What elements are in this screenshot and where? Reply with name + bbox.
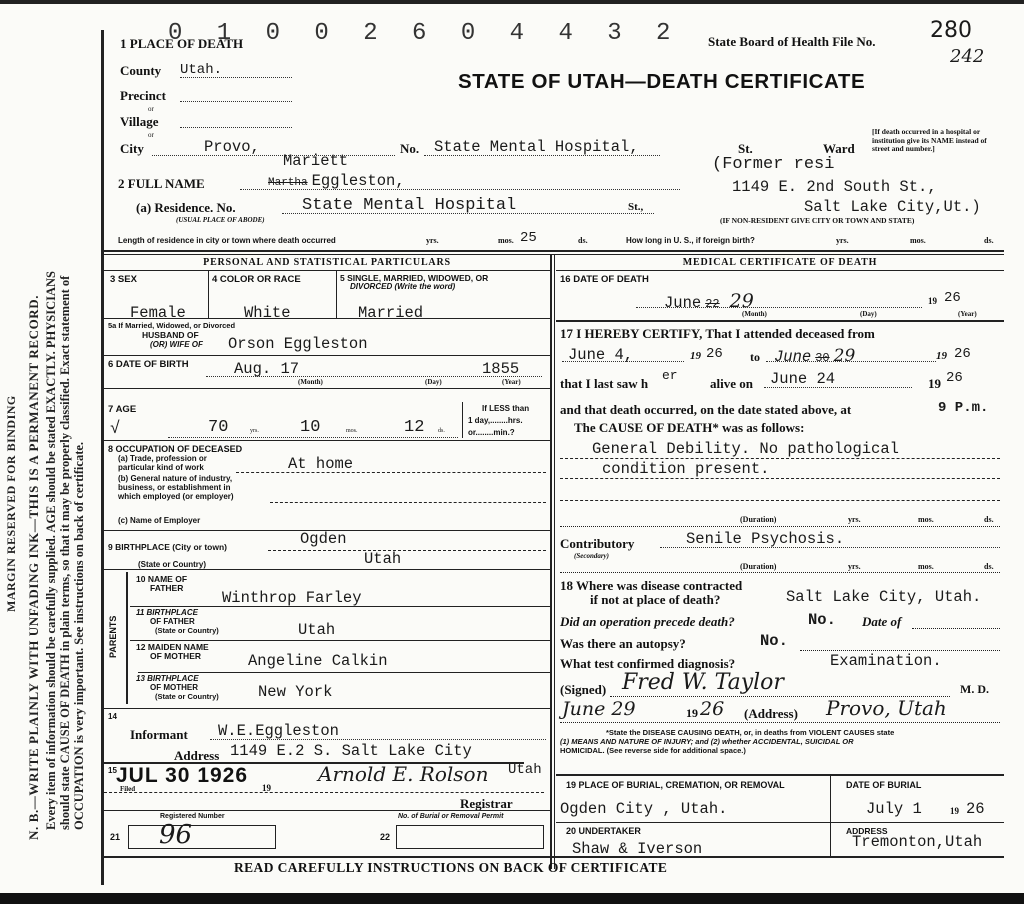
birthplace-state: Utah xyxy=(364,550,401,568)
date-of-death-label: 16 DATE OF DEATH xyxy=(560,274,649,285)
medical-section-title: MEDICAL CERTIFICATE OF DEATH xyxy=(556,257,1004,268)
burial-date-label: DATE OF BURIAL xyxy=(846,780,921,790)
disease-contracted-place: Salt Lake City, Utah. xyxy=(786,588,981,606)
residence-months: 25 xyxy=(520,230,537,246)
occupation-value: At home xyxy=(288,455,353,473)
contributory-field: Senile Psychosis. xyxy=(660,530,1000,548)
burial-year: 26 xyxy=(966,800,985,818)
residence-field: State Mental Hospital xyxy=(282,196,654,214)
signed-label: (Signed) xyxy=(560,682,606,698)
certify-statement: 17 I HEREBY CERTIFY, That I attended dec… xyxy=(560,326,875,342)
city-field: Provo, xyxy=(152,138,395,156)
cause-of-death-label: The CAUSE OF DEATH* was as follows: xyxy=(574,420,804,436)
race-value: White xyxy=(244,304,291,322)
precinct-field xyxy=(180,88,292,102)
form-left-border xyxy=(101,30,104,885)
nonresident-note: (IF NON-RESIDENT GIVE CITY OR TOWN AND S… xyxy=(720,216,914,225)
scan-edge-bottom xyxy=(0,893,1024,904)
death-certificate: MARGIN RESERVED FOR BINDING N. B.—WRITE … xyxy=(0,0,1024,904)
age-label: 7 AGE xyxy=(108,404,136,415)
registrar-signature: Arnold E. Rolson xyxy=(318,762,488,786)
burial-place-label: 19 PLACE OF BURIAL, CREMATION, OR REMOVA… xyxy=(566,780,785,790)
dob-label: 6 DATE OF BIRTH xyxy=(108,359,189,370)
informant-address-state: Utah xyxy=(508,762,542,778)
county-field: Utah. xyxy=(180,60,292,78)
county-label: County xyxy=(120,63,161,79)
margin-instruction-3: should state CAUSE OF DEATH in plain ter… xyxy=(58,276,73,830)
residence-label: (a) Residence. No. xyxy=(136,200,236,216)
street-number-label: No. xyxy=(400,141,419,157)
column-divider xyxy=(550,254,552,869)
precinct-label: Precinct xyxy=(120,88,166,104)
mother-name: Angeline Calkin xyxy=(248,652,388,670)
ward-instruction: [If death occurred in a hospital or inst… xyxy=(872,128,1004,154)
file-number: 280 xyxy=(930,18,972,43)
cause-of-death-primary-cont: condition present. xyxy=(602,460,769,478)
informant-field: W.E.Eggleston xyxy=(210,722,546,740)
diagnosis-test-value: Examination. xyxy=(830,652,942,670)
undertaker-label: 20 UNDERTAKER xyxy=(566,826,641,836)
cause-footnote-1: *State the DISEASE CAUSING DEATH, or, in… xyxy=(606,728,894,737)
scan-edge-top xyxy=(0,0,1024,4)
attended-from-field: June 4, xyxy=(562,346,684,362)
contributory-label: Contributory xyxy=(560,536,634,552)
binding-margin-note: MARGIN RESERVED FOR BINDING xyxy=(4,395,19,612)
name-correction: Mariett xyxy=(283,152,348,170)
city-label: City xyxy=(120,141,144,157)
operation-label: Did an operation precede death? xyxy=(560,614,735,630)
cause-footnote-3: HOMICIDAL. (See reverse side for additio… xyxy=(560,746,746,755)
last-saw-pronoun: er xyxy=(662,368,678,383)
autopsy-label: Was there an autopsy? xyxy=(560,636,686,652)
back-instructions-note: READ CAREFULLY INSTRUCTIONS ON BACK OF C… xyxy=(234,860,667,876)
date-of-death-field: June 22 29 xyxy=(636,290,922,308)
village-field xyxy=(180,114,292,128)
former-residence-address: 1149 E. 2nd South St., xyxy=(732,178,937,196)
father-name: Winthrop Farley xyxy=(222,589,362,607)
serial-number: 0 1 0 0 2 6 0 4 4 3 2 xyxy=(168,20,680,47)
sex-value: Female xyxy=(130,304,186,322)
mother-birthplace-label: 13 BIRTHPLACE xyxy=(136,674,199,683)
father-birthplace-label: 11 BIRTHPLACE xyxy=(136,608,198,617)
parents-label: PARENTS xyxy=(108,616,118,658)
mother-birthplace: New York xyxy=(258,683,332,701)
file-number-secondary: 242 xyxy=(950,46,984,67)
cause-of-death-primary: General Debility. No pathological xyxy=(592,440,899,458)
sex-label: 3 SEX xyxy=(110,274,137,285)
length-residence-label: Length of residence in city or town wher… xyxy=(118,236,336,245)
dob-field: Aug. 17 1855 xyxy=(206,360,542,377)
personal-section-title: PERSONAL AND STATISTICAL PARTICULARS xyxy=(104,257,550,268)
birthplace-city: Ogden xyxy=(300,530,347,548)
attended-to-field: June 30 29 xyxy=(766,346,936,362)
age-field: 70 yrs. 10 mos. 12 ds. xyxy=(168,420,458,438)
certificate-title: STATE OF UTAH—DEATH CERTIFICATE xyxy=(458,70,865,94)
operation-value: No. xyxy=(808,611,836,629)
date-of-death-year: 26 xyxy=(944,290,961,306)
margin-instruction-2: Every item of information should be care… xyxy=(44,271,59,830)
burial-permit-box xyxy=(396,825,544,849)
registered-number: 96 xyxy=(159,820,192,850)
physician-sign-date: June 29 xyxy=(562,698,636,720)
former-residence-note: (Former resi xyxy=(712,155,834,174)
file-number-label: State Board of Health File No. xyxy=(708,34,876,50)
attended-from-year: 26 xyxy=(706,346,723,362)
institution-field: State Mental Hospital, xyxy=(424,138,660,156)
less-than-day-label: If LESS than xyxy=(482,404,529,413)
employer-label: (c) Name of Employer xyxy=(118,516,200,525)
autopsy-value: No. xyxy=(760,632,788,650)
residence-city: Salt Lake City,Ut.) xyxy=(804,198,981,216)
undertaker-address: Tremonton,Utah xyxy=(852,833,982,851)
full-name-label: 2 FULL NAME xyxy=(118,176,205,192)
residence-sublabel: (USUAL PLACE OF ABODE) xyxy=(176,216,265,224)
age-check-mark: √ xyxy=(110,420,120,439)
undertaker-name: Shaw & Iverson xyxy=(572,840,702,858)
registered-number-label: Registered Number xyxy=(160,813,225,820)
burial-permit-label: No. of Burial or Removal Permit xyxy=(398,813,503,820)
spouse-label: 5a If Married, Widowed, or Divorced xyxy=(108,321,235,330)
informant-label: Informant xyxy=(130,727,188,743)
last-saw-label: that I last saw h xyxy=(560,376,648,392)
burial-place: Ogden City , Utah. xyxy=(560,800,727,818)
place-of-death-label: 1 PLACE OF DEATH xyxy=(120,36,243,52)
father-birthplace: Utah xyxy=(298,621,335,639)
filed-date-stamp: JUL 30 1926 xyxy=(116,764,248,788)
attended-to-year: 26 xyxy=(954,346,971,362)
village-label: Village xyxy=(120,114,159,130)
informant-address: 1149 E.2 S. Salt Lake City xyxy=(230,742,472,760)
last-saw-year: 26 xyxy=(946,370,963,386)
physician-sign-year: 26 xyxy=(700,698,724,720)
us-residence-label: How long in U. S., if foreign birth? xyxy=(626,236,755,245)
occupation-label: 8 OCCUPATION OF DECEASED xyxy=(108,444,242,454)
margin-instruction-4: OCCUPATION is very important. See instru… xyxy=(72,442,87,830)
time-of-death: 9 P.m. xyxy=(938,400,988,416)
last-saw-date-field: June 24 xyxy=(764,370,912,388)
marital-value: Married xyxy=(358,304,423,322)
physician-signature: Fred W. Taylor xyxy=(622,670,784,695)
birthplace-label: 9 BIRTHPLACE (City or town) xyxy=(108,542,227,552)
physician-address: Provo, Utah xyxy=(826,696,947,720)
registered-number-box: 96 xyxy=(128,825,276,849)
spouse-name: Orson Eggleston xyxy=(228,335,368,353)
margin-instruction-1: N. B.—WRITE PLAINLY WITH UNFADING INK—TH… xyxy=(26,295,42,840)
burial-date: July 1 xyxy=(866,800,922,818)
death-occurred-label: and that death occurred, on the date sta… xyxy=(560,402,851,418)
full-name-field: Martha Eggleston, xyxy=(240,172,680,190)
race-label: 4 COLOR OR RACE xyxy=(212,274,301,285)
cause-footnote-2: (1) MEANS AND NATURE OF INJURY; and (2) … xyxy=(560,737,854,746)
